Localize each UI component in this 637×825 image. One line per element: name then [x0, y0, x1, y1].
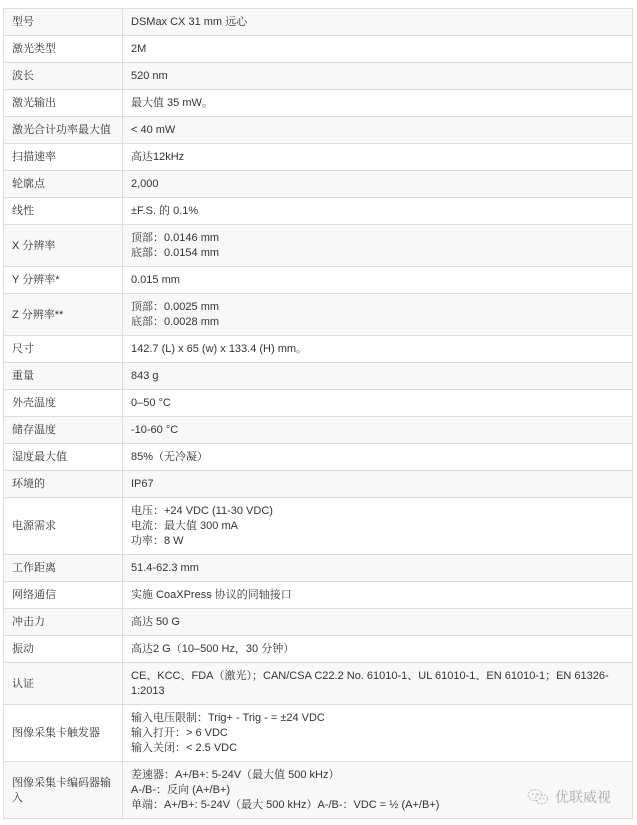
spec-value: 0.015 mm — [123, 267, 633, 294]
spec-value: 高达12kHz — [123, 144, 633, 171]
table-row: 波长520 nm — [4, 63, 633, 90]
spec-value: -10-60 °C — [123, 417, 633, 444]
table-row: 重量843 g — [4, 363, 633, 390]
table-row: 网络通信实施 CoaXPress 协议的同轴接口 — [4, 582, 633, 609]
spec-label: Z 分辨率** — [4, 294, 123, 336]
table-row: 电源需求电压：+24 VDC (11-30 VDC)电流：最大值 300 mA功… — [4, 498, 633, 555]
spec-value: CE、KCC、FDA（激光）；CAN/CSA C22.2 No. 61010-1… — [123, 663, 633, 705]
spec-value-line: 实施 CoaXPress 协议的同轴接口 — [131, 588, 624, 603]
watermark-text: 优联威视 — [555, 787, 611, 807]
spec-label: 湿度最大值 — [4, 444, 123, 471]
table-row: 扫描速率高达12kHz — [4, 144, 633, 171]
spec-value-line: 输入电压限制：Trig+ - Trig - = ±24 VDC — [131, 711, 624, 726]
spec-value-line: 高达12kHz — [131, 150, 624, 165]
spec-value-line: 电流：最大值 300 mA — [131, 519, 624, 534]
spec-label: 电源需求 — [4, 498, 123, 555]
spec-value-line: 顶部：0.0025 mm — [131, 300, 624, 315]
spec-value-line: 底部：0.0154 mm — [131, 246, 624, 261]
table-row: X 分辨率顶部：0.0146 mm底部：0.0154 mm — [4, 225, 633, 267]
spec-value: 2M — [123, 36, 633, 63]
spec-value-line: ±F.S. 的 0.1% — [131, 204, 624, 219]
spec-value: 输入电压限制：Trig+ - Trig - = ±24 VDC输入打开：> 6 … — [123, 705, 633, 762]
spec-value-line: 最大值 35 mW。 — [131, 96, 624, 111]
table-row: 激光类型2M — [4, 36, 633, 63]
spec-value: 843 g — [123, 363, 633, 390]
spec-value: 0–50 °C — [123, 390, 633, 417]
spec-label: X 分辨率 — [4, 225, 123, 267]
spec-label: Y 分辨率* — [4, 267, 123, 294]
table-row: 型号DSMax CX 31 mm 远心 — [4, 9, 633, 36]
spec-label: 环境的 — [4, 471, 123, 498]
table-row: 振动高达2 G（10–500 Hz，30 分钟） — [4, 636, 633, 663]
spec-value: 电压：+24 VDC (11-30 VDC)电流：最大值 300 mA功率：8 … — [123, 498, 633, 555]
spec-value-line: 0.015 mm — [131, 273, 624, 288]
spec-label: 型号 — [4, 9, 123, 36]
spec-label: 工作距离 — [4, 555, 123, 582]
spec-value: < 40 mW — [123, 117, 633, 144]
spec-value-line: 2M — [131, 42, 624, 57]
spec-label: 冲击力 — [4, 609, 123, 636]
spec-label: 重量 — [4, 363, 123, 390]
spec-value-line: 51.4-62.3 mm — [131, 561, 624, 576]
spec-value: 520 nm — [123, 63, 633, 90]
spec-label: 激光类型 — [4, 36, 123, 63]
spec-label: 激光合计功率最大值 — [4, 117, 123, 144]
spec-value-line: 142.7 (L) x 65 (w) x 133.4 (H) mm。 — [131, 342, 624, 357]
table-row: 湿度最大值85%（无冷凝） — [4, 444, 633, 471]
spec-value-line: 2,000 — [131, 177, 624, 192]
spec-value: 顶部：0.0146 mm底部：0.0154 mm — [123, 225, 633, 267]
spec-label: 尺寸 — [4, 336, 123, 363]
spec-value-line: 差速器：A+/B+: 5-24V（最大值 500 kHz） — [131, 768, 624, 783]
table-row: 外壳温度0–50 °C — [4, 390, 633, 417]
table-row: 图像采集卡触发器输入电压限制：Trig+ - Trig - = ±24 VDC输… — [4, 705, 633, 762]
spec-label: 轮廓点 — [4, 171, 123, 198]
spec-value-line: -10-60 °C — [131, 423, 624, 438]
spec-value: 142.7 (L) x 65 (w) x 133.4 (H) mm。 — [123, 336, 633, 363]
table-row: 尺寸142.7 (L) x 65 (w) x 133.4 (H) mm。 — [4, 336, 633, 363]
spec-value-line: IP67 — [131, 477, 624, 492]
spec-label: 线性 — [4, 198, 123, 225]
spec-table: 型号DSMax CX 31 mm 远心激光类型2M波长520 nm激光输出最大值… — [3, 8, 633, 819]
spec-label: 图像采集卡编码器输入 — [4, 762, 123, 819]
table-row: 认证CE、KCC、FDA（激光）；CAN/CSA C22.2 No. 61010… — [4, 663, 633, 705]
watermark: 优联威视 — [527, 785, 611, 809]
spec-value-line: 520 nm — [131, 69, 624, 84]
spec-value: DSMax CX 31 mm 远心 — [123, 9, 633, 36]
spec-value-line: 843 g — [131, 369, 624, 384]
table-row: 线性±F.S. 的 0.1% — [4, 198, 633, 225]
table-row: 储存温度-10-60 °C — [4, 417, 633, 444]
table-row: Z 分辨率**顶部：0.0025 mm底部：0.0028 mm — [4, 294, 633, 336]
spec-value-line: 高达 50 G — [131, 615, 624, 630]
spec-value-line: DSMax CX 31 mm 远心 — [131, 15, 624, 30]
wechat-icon — [527, 788, 549, 806]
table-row: 轮廓点2,000 — [4, 171, 633, 198]
spec-label: 激光输出 — [4, 90, 123, 117]
spec-value-line: 85%（无冷凝） — [131, 450, 624, 465]
spec-label: 储存温度 — [4, 417, 123, 444]
table-row: 激光输出最大值 35 mW。 — [4, 90, 633, 117]
spec-label: 波长 — [4, 63, 123, 90]
spec-value-line: 电压：+24 VDC (11-30 VDC) — [131, 504, 624, 519]
spec-value: 实施 CoaXPress 协议的同轴接口 — [123, 582, 633, 609]
table-row: 冲击力高达 50 G — [4, 609, 633, 636]
spec-value-line: 0–50 °C — [131, 396, 624, 411]
spec-value: 51.4-62.3 mm — [123, 555, 633, 582]
spec-label: 振动 — [4, 636, 123, 663]
spec-value: 最大值 35 mW。 — [123, 90, 633, 117]
spec-value-line: 高达2 G（10–500 Hz，30 分钟） — [131, 642, 624, 657]
spec-value: ±F.S. 的 0.1% — [123, 198, 633, 225]
spec-value: 85%（无冷凝） — [123, 444, 633, 471]
table-row: 环境的IP67 — [4, 471, 633, 498]
table-row: Y 分辨率*0.015 mm — [4, 267, 633, 294]
spec-label: 网络通信 — [4, 582, 123, 609]
spec-value: IP67 — [123, 471, 633, 498]
spec-value-line: 顶部：0.0146 mm — [131, 231, 624, 246]
spec-value: 高达2 G（10–500 Hz，30 分钟） — [123, 636, 633, 663]
spec-value-line: CE、KCC、FDA（激光）；CAN/CSA C22.2 No. 61010-1… — [131, 669, 624, 699]
spec-value-line: 输入关闭：< 2.5 VDC — [131, 741, 624, 756]
spec-label: 扫描速率 — [4, 144, 123, 171]
spec-value-line: 功率：8 W — [131, 534, 624, 549]
spec-value-line: 输入打开：> 6 VDC — [131, 726, 624, 741]
spec-value: 高达 50 G — [123, 609, 633, 636]
table-row: 工作距离51.4-62.3 mm — [4, 555, 633, 582]
spec-value-line: < 40 mW — [131, 123, 624, 138]
spec-label: 外壳温度 — [4, 390, 123, 417]
spec-value: 2,000 — [123, 171, 633, 198]
spec-label: 图像采集卡触发器 — [4, 705, 123, 762]
spec-value: 顶部：0.0025 mm底部：0.0028 mm — [123, 294, 633, 336]
spec-label: 认证 — [4, 663, 123, 705]
spec-table-body: 型号DSMax CX 31 mm 远心激光类型2M波长520 nm激光输出最大值… — [4, 9, 633, 819]
spec-value-line: 底部：0.0028 mm — [131, 315, 624, 330]
table-row: 激光合计功率最大值< 40 mW — [4, 117, 633, 144]
